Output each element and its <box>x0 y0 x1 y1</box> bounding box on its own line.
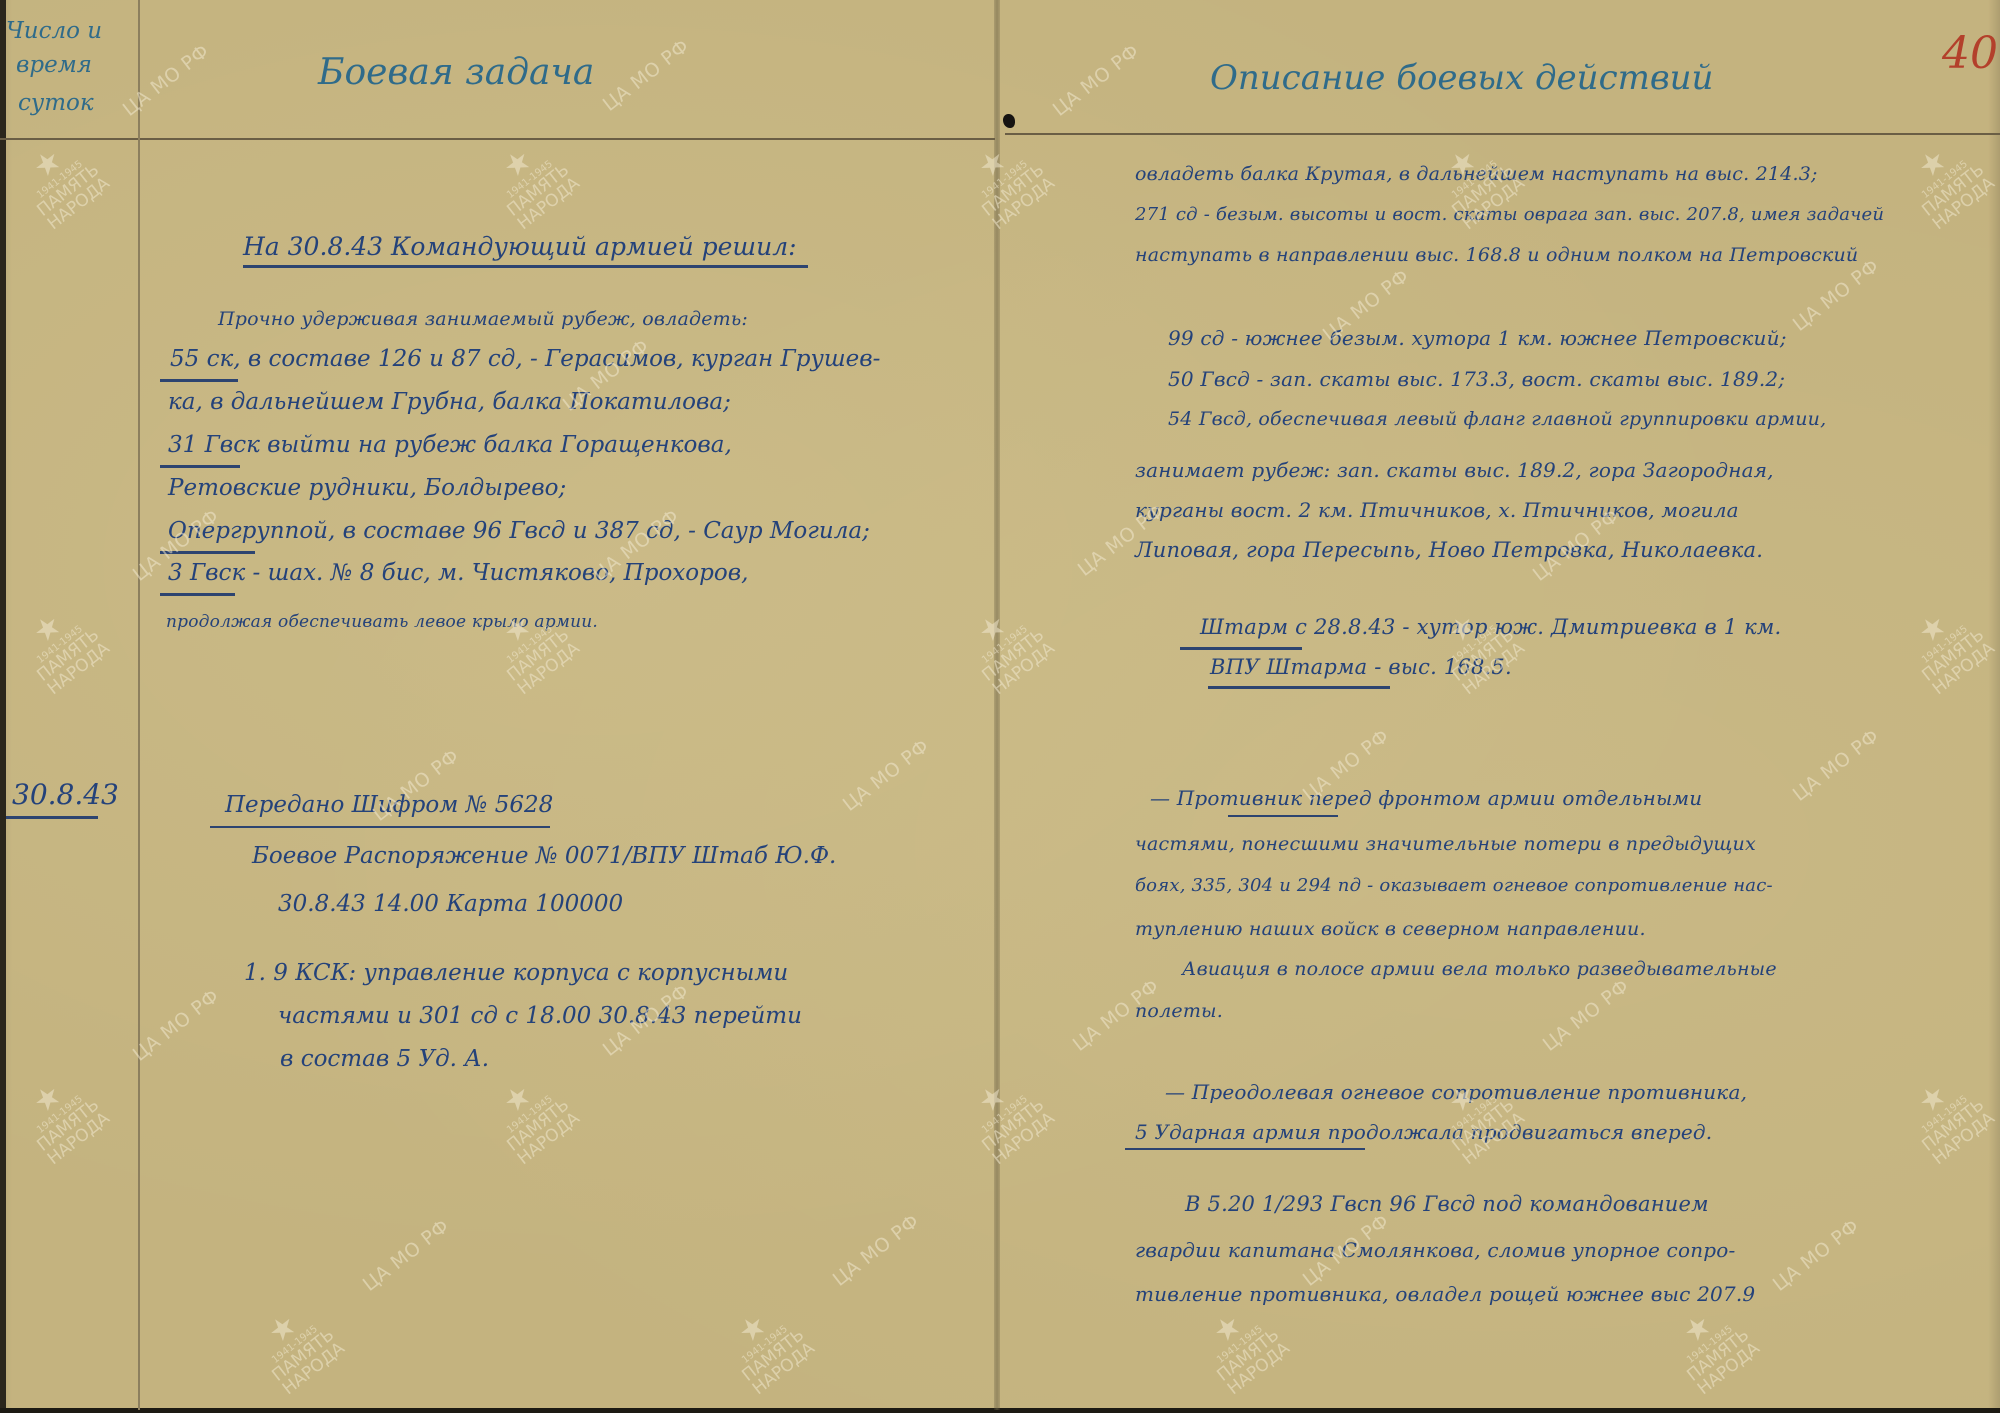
header-rule-right <box>1005 133 2000 135</box>
order-line-2: ка, в дальнейшем Грубна, балка Покатилов… <box>168 389 731 415</box>
aviation-line-1: Авиация в полосе армии вела только разве… <box>1182 958 1777 980</box>
enemy-line-2: частями, понесшими значительные потери в… <box>1135 833 1756 855</box>
star-icon: ★ <box>10 1065 86 1134</box>
page-fold <box>994 0 1000 1410</box>
date-entry: 30.8.43 <box>12 778 119 811</box>
star-icon: ★ <box>245 1295 321 1364</box>
hq-underline-2 <box>1208 686 1390 689</box>
advance-line-1: — Преодолевая огневое сопротивление прот… <box>1165 1080 1747 1104</box>
unit-underline-3gvsk <box>160 593 235 596</box>
watermark-pamyat-naroda: ★ 1941-1945 ПАМЯТЬ НАРОДА <box>1895 130 1998 233</box>
unit-underline-31gvsk <box>160 465 240 468</box>
order-line-1: 55 ск, в составе 126 и 87 сд, - Герасимо… <box>170 346 880 372</box>
para2-line-3: 54 Гвсд, обеспечивая левый фланг главной… <box>1168 408 1826 430</box>
star-icon: ★ <box>1895 1065 1971 1134</box>
left-column-title: Боевая задача <box>318 52 594 93</box>
header-rule-left <box>0 138 995 140</box>
watermark-pamyat-naroda: ★ 1941-1945 ПАМЯТЬ НАРОДА <box>1190 1295 1293 1398</box>
watermark-pamyat-naroda: ★ 1941-1945 ПАМЯТЬ НАРОДА <box>955 130 1058 233</box>
watermark-camo: ЦА МО РФ <box>1790 727 1883 805</box>
final-line-1: В 5.20 1/293 Гвсп 96 Гвсд под командован… <box>1185 1192 1709 1216</box>
date-column-header-line2: время <box>16 52 92 78</box>
watermark-camo: ЦА МО РФ <box>840 737 933 815</box>
star-icon: ★ <box>1895 595 1971 664</box>
watermark-camo: ЦА МО РФ <box>1790 257 1883 335</box>
watermark-pamyat-naroda: ★ 1941-1945 ПАМЯТЬ НАРОДА <box>1895 1065 1998 1168</box>
order-line-4: Ретовские рудники, Болдырево; <box>168 475 566 501</box>
unit-underline-opergruppa <box>160 551 255 554</box>
transmitted-underline <box>210 826 550 828</box>
para1-line-3: наступать в направлении выс. 168.8 и одн… <box>1135 244 1858 266</box>
hq-underline-1 <box>1180 647 1302 650</box>
ink-stain <box>1003 114 1015 128</box>
order-reference-line-2: 30.8.43 14.00 Карта 100000 <box>278 891 623 917</box>
scan-edge-left <box>0 0 6 1413</box>
transmitted-cipher: Передано Шифром № 5628 <box>225 792 553 818</box>
item1-line-3: в состав 5 Уд. А. <box>280 1046 489 1072</box>
final-line-3: тивление противника, овладел рощей южнее… <box>1135 1282 1755 1306</box>
para2-line-1: 99 сд - южнее безым. хутора 1 км. южнее … <box>1168 326 1787 350</box>
star-icon: ★ <box>715 1295 791 1364</box>
decision-heading-underline <box>243 265 808 268</box>
document-scan: 40 Число и время суток Боевая задача Опи… <box>0 0 2000 1410</box>
hq-line-1: Штарм с 28.8.43 - хутор юж. Дмитриевка в… <box>1200 615 1781 639</box>
star-icon: ★ <box>10 595 86 664</box>
watermark-camo: ЦА МО РФ <box>1050 42 1143 120</box>
para1-line-1: овладеть балка Крутая, в дальнейшем наст… <box>1135 163 1818 185</box>
watermark-pamyat-naroda: ★ 1941-1945 ПАМЯТЬ НАРОДА <box>480 1065 583 1168</box>
decision-intro: Прочно удерживая занимаемый рубеж, овлад… <box>218 308 748 330</box>
watermark-pamyat-naroda: ★ 1941-1945 ПАМЯТЬ НАРОДА <box>715 1295 818 1398</box>
watermark-camo: ЦА МО РФ <box>830 1212 923 1290</box>
star-icon: ★ <box>955 595 1031 664</box>
watermark-pamyat-naroda: ★ 1941-1945 ПАМЯТЬ НАРОДА <box>245 1295 348 1398</box>
watermark-camo: ЦА МО РФ <box>600 37 693 115</box>
watermark-pamyat-naroda: ★ 1941-1945 ПАМЯТЬ НАРОДА <box>480 595 583 698</box>
enemy-line-1: — Противник перед фронтом армии отдельны… <box>1150 786 1702 810</box>
para2-line-6: Липовая, гора Пересыпь, Ново Петровка, Н… <box>1135 538 1763 562</box>
watermark-camo: ЦА МО РФ <box>120 42 213 120</box>
watermark-pamyat-naroda: ★ 1941-1945 ПАМЯТЬ НАРОДА <box>10 595 113 698</box>
watermark-pamyat-naroda: ★ 1941-1945 ПАМЯТЬ НАРОДА <box>955 1065 1058 1168</box>
para2-line-2: 50 Гвсд - зап. скаты выс. 173.3, вост. с… <box>1168 367 1785 391</box>
unit-underline-55sk <box>160 379 238 382</box>
aviation-line-2: полеты. <box>1135 1000 1223 1022</box>
watermark-camo: ЦА МО РФ <box>1770 1217 1863 1295</box>
watermark-pamyat-naroda: ★ 1941-1945 ПАМЯТЬ НАРОДА <box>480 130 583 233</box>
watermark-camo: ЦА МО РФ <box>130 987 223 1065</box>
order-line-3: 31 Гвск выйти на рубеж балка Горащенкова… <box>168 432 732 458</box>
date-column-header-line3: суток <box>18 90 94 116</box>
watermark-pamyat-naroda: ★ 1941-1945 ПАМЯТЬ НАРОДА <box>1895 595 1998 698</box>
page-number: 40 <box>1942 28 1998 79</box>
star-icon: ★ <box>1895 130 1971 199</box>
enemy-line-4: туплению наших войск в северном направле… <box>1135 918 1646 940</box>
watermark-pamyat-naroda: ★ 1941-1945 ПАМЯТЬ НАРОДА <box>10 1065 113 1168</box>
star-icon: ★ <box>10 130 86 199</box>
final-line-2: гвардии капитана Смолянкова, сломив упор… <box>1135 1238 1735 1262</box>
star-icon: ★ <box>955 1065 1031 1134</box>
para1-line-2: 271 сд - безым. высоты и вост. скаты овр… <box>1135 204 1884 225</box>
hq-line-2: ВПУ Штарма - выс. 168.5. <box>1210 655 1512 679</box>
watermark-camo: ЦА МО РФ <box>1540 977 1633 1055</box>
order-line-6: 3 Гвск - шах. № 8 бис, м. Чистяково, Про… <box>168 560 748 586</box>
enemy-underline <box>1228 815 1338 817</box>
watermark-camo: ЦА МО РФ <box>360 1217 453 1295</box>
date-entry-underline <box>6 816 98 819</box>
watermark-pamyat-naroda: ★ 1941-1945 ПАМЯТЬ НАРОДА <box>10 130 113 233</box>
order-line-7: продолжая обеспечивать левое крыло армии… <box>166 612 598 632</box>
order-line-5: Опергруппой, в составе 96 Гвсд и 387 сд,… <box>168 518 870 544</box>
star-icon: ★ <box>480 1065 556 1134</box>
item1-line-1: 1. 9 КСК: управление корпуса с корпусным… <box>244 960 788 986</box>
advance-underline <box>1125 1148 1365 1150</box>
decision-heading: На 30.8.43 Командующий армией решил: <box>243 232 797 261</box>
watermark-pamyat-naroda: ★ 1941-1945 ПАМЯТЬ НАРОДА <box>955 595 1058 698</box>
para2-line-5: курганы вост. 2 км. Птичников, х. Птични… <box>1135 498 1739 522</box>
watermark-pamyat-naroda: ★ 1941-1945 ПАМЯТЬ НАРОДА <box>1425 595 1528 698</box>
date-column-header-line1: Число и <box>6 18 102 44</box>
star-icon: ★ <box>480 130 556 199</box>
date-column-rule <box>138 0 140 1410</box>
item1-line-2: частями и 301 сд с 18.00 30.8.43 перейти <box>278 1003 802 1029</box>
star-icon: ★ <box>955 130 1031 199</box>
scan-edge-bottom <box>0 1408 2000 1413</box>
watermark-pamyat-naroda: ★ 1941-1945 ПАМЯТЬ НАРОДА <box>1660 1295 1763 1398</box>
para2-line-4: занимает рубеж: зап. скаты выс. 189.2, г… <box>1135 458 1774 482</box>
enemy-line-3: боях, 335, 304 и 294 пд - оказывает огне… <box>1135 875 1773 896</box>
advance-line-2: 5 Ударная армия продолжала продвигаться … <box>1135 1120 1712 1144</box>
right-column-title: Описание боевых действий <box>1210 58 1713 98</box>
order-reference-line-1: Боевое Распоряжение № 0071/ВПУ Штаб Ю.Ф. <box>252 843 836 869</box>
